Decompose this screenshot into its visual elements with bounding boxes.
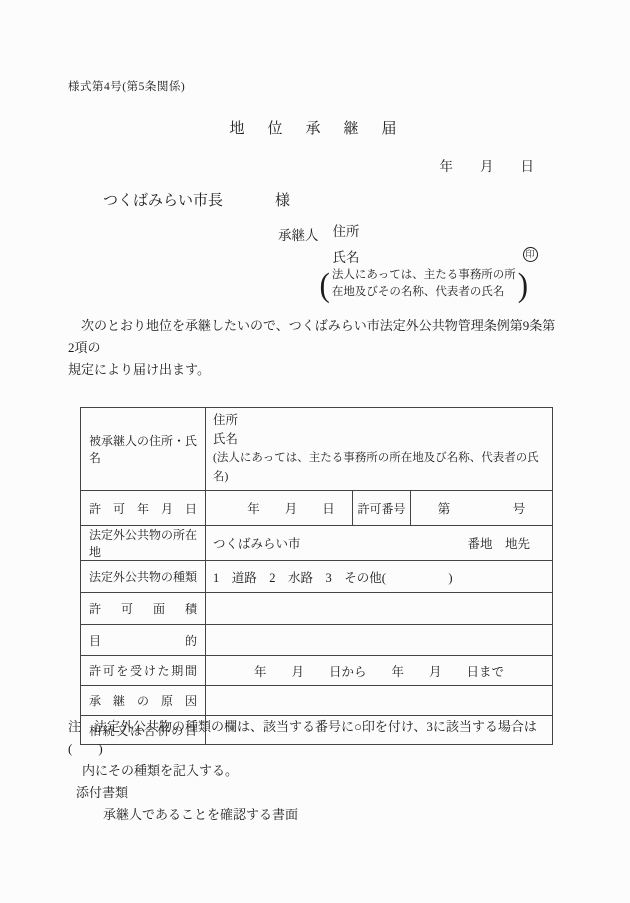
row-label-kind: 法定外公共物の種類 — [81, 561, 206, 593]
location-lot-suffix: 番地 地先 — [468, 534, 531, 552]
permit-date-value: 年 月 日 — [206, 491, 353, 526]
table-row-permit-date: 許可年月日 年 月 日 許可番号 第 号 — [81, 491, 553, 526]
page-title: 地 位 承 継 届 — [0, 117, 630, 138]
row-label-purpose: 目的 — [81, 625, 206, 656]
row-label-permit-period: 許可を受けた期間 — [81, 656, 206, 686]
recipient-name: つくばみらい市長 — [103, 189, 223, 210]
recipient-line: つくばみらい市長 様 — [103, 189, 290, 210]
row-label-permit-date: 許可年月日 — [81, 491, 206, 526]
successor-fields: 住所 氏名 印 ( 法人にあっては、主たる事務所の所 在地及びその名称、代表者の… — [333, 224, 538, 301]
successor-name-label: 氏名 — [333, 246, 360, 266]
form-number: 様式第4号(第5条関係) — [68, 78, 185, 94]
row-value-predecessor: 住所 氏名 (法人にあっては、主たる事務所の所在地及び名称、代表者の氏名) — [206, 408, 553, 491]
table-row-predecessor: 被承継人の住所・氏名 住所 氏名 (法人にあっては、主たる事務所の所在地及び名称… — [81, 408, 553, 491]
close-paren-icon: ) — [518, 267, 528, 301]
row-value-permit-period: 年 月 日から 年 月 日まで — [206, 656, 553, 686]
table-row-purpose: 目的 — [81, 625, 553, 656]
row-label-cause: 承継の原因 — [81, 686, 206, 716]
declaration-text: 次のとおり地位を承継したいので、つくばみらい市法定外公共物管理条例第9条第2項の… — [68, 315, 558, 381]
row-label-location: 法定外公共物の所在地 — [81, 526, 206, 561]
predecessor-corporate-note: (法人にあっては、主たる事務所の所在地及び名称、代表者の氏名) — [213, 449, 545, 487]
corporate-note-line2: 在地及びその名称、代表者の氏名 — [332, 284, 516, 301]
successor-name-line: 氏名 印 — [333, 246, 538, 266]
row-value-location: つくばみらい市 番地 地先 — [206, 526, 553, 561]
table-row-kind: 法定外公共物の種類 1 道路 2 水路 3 その他( ) — [81, 561, 553, 593]
successor-block: 承継人 住所 氏名 印 ( 法人にあっては、主たる事務所の所 在地及びその名称、… — [278, 224, 538, 301]
declaration-line1: 次のとおり地位を承継したいので、つくばみらい市法定外公共物管理条例第9条第2項の — [68, 315, 558, 359]
table-row-permit-period: 許可を受けた期間 年 月 日から 年 月 日まで — [81, 656, 553, 686]
attachment-item: 承継人であることを確認する書面 — [103, 804, 564, 826]
row-value-area — [206, 593, 553, 625]
document-page: 様式第4号(第5条関係) 地 位 承 継 届 年 月 日 つくばみらい市長 様 … — [0, 0, 630, 903]
table-row-cause: 承継の原因 — [81, 686, 553, 716]
predecessor-name-label: 氏名 — [213, 430, 545, 449]
corporate-note-line1: 法人にあっては、主たる事務所の所 — [332, 267, 516, 284]
note-line1: 注 法定外公共物の種類の欄は、該当する番号に○印を付け、3に該当する場合は( ) — [68, 716, 564, 760]
seal-icon: 印 — [523, 247, 538, 262]
row-label-area: 許可面積 — [81, 593, 206, 625]
attachments-label: 添付書類 — [76, 782, 564, 804]
recipient-honorific: 様 — [275, 189, 290, 210]
succession-table: 被承継人の住所・氏名 住所 氏名 (法人にあっては、主たる事務所の所在地及び名称… — [80, 407, 553, 745]
table-row-area: 許可面積 — [81, 593, 553, 625]
permit-number-value: 第 号 — [411, 491, 553, 526]
date-line: 年 月 日 — [440, 155, 535, 175]
row-value-kind: 1 道路 2 水路 3 その他( ) — [206, 561, 553, 593]
row-value-purpose — [206, 625, 553, 656]
row-label-predecessor: 被承継人の住所・氏名 — [81, 408, 206, 491]
corporate-note: ( 法人にあっては、主たる事務所の所 在地及びその名称、代表者の氏名 ) — [320, 267, 538, 301]
corporate-note-text: 法人にあっては、主たる事務所の所 在地及びその名称、代表者の氏名 — [330, 267, 518, 301]
declaration-line2: 規定により届け出ます。 — [68, 359, 558, 381]
successor-address-label: 住所 — [333, 224, 538, 246]
successor-label: 承継人 — [278, 224, 319, 301]
location-city: つくばみらい市 — [213, 534, 301, 552]
notes-block: 注 法定外公共物の種類の欄は、該当する番号に○印を付け、3に該当する場合は( )… — [68, 716, 564, 826]
open-paren-icon: ( — [320, 267, 330, 301]
permit-number-label: 許可番号 — [353, 491, 411, 526]
row-value-cause — [206, 686, 553, 716]
predecessor-address-label: 住所 — [213, 411, 545, 430]
note-line2: 内にその種類を記入する。 — [82, 760, 564, 782]
table-row-location: 法定外公共物の所在地 つくばみらい市 番地 地先 — [81, 526, 553, 561]
